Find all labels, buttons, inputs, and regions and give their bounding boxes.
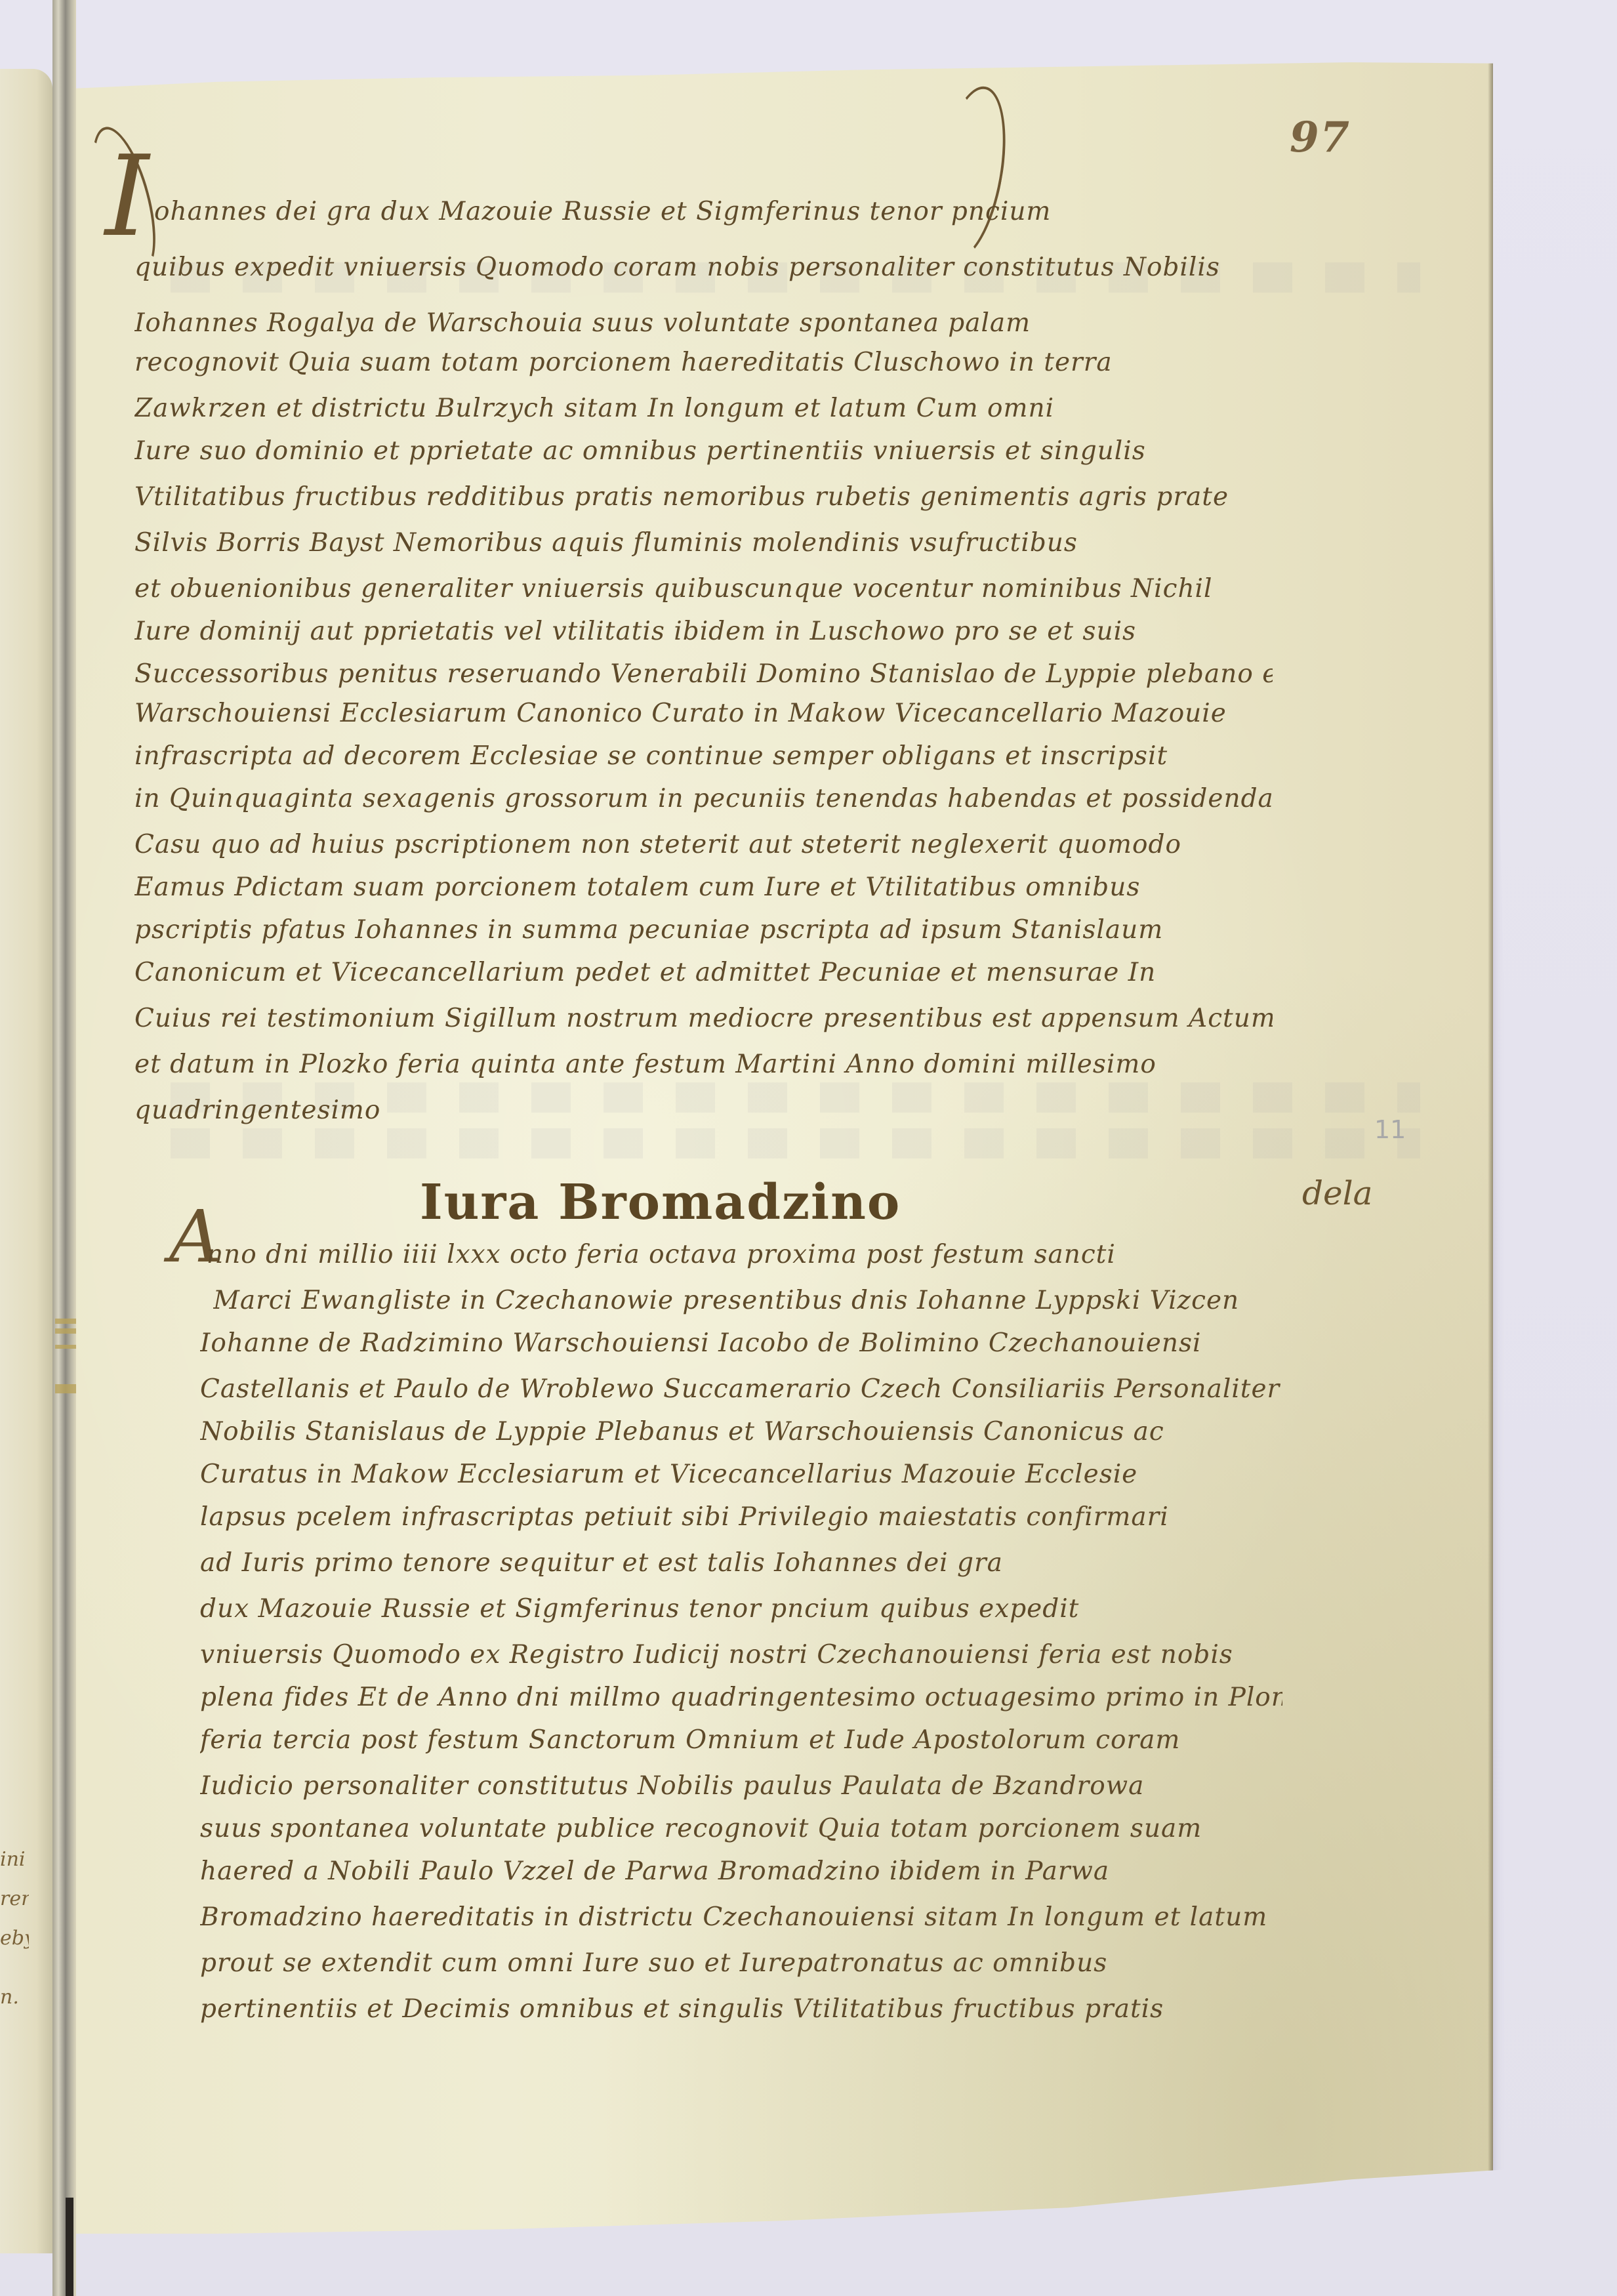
marginal-note: dela — [1302, 1174, 1372, 1212]
folio-number: 97 — [1290, 113, 1351, 162]
text-line: suus spontanea voluntate publice recogno… — [200, 1814, 1282, 1843]
text-line: et datum in Plozko feria quinta ante fes… — [134, 1050, 1273, 1079]
entry-2-heading: Iura Bromadzino — [420, 1174, 901, 1231]
text-line: prout se extendit cum omni Iure suo et I… — [200, 1948, 1282, 1978]
text-line: Marci Ewangliste in Czechanowie presenti… — [213, 1286, 1282, 1315]
text-line: Cuius rei testimonium Sigillum nostrum m… — [134, 1004, 1273, 1033]
text-line: Iure suo dominio et pprietate ac omnibus… — [134, 436, 1273, 466]
text-line: plena fides Et de Anno dni millmo quadri… — [200, 1683, 1282, 1712]
pencil-marginal-number: 11 — [1374, 1115, 1406, 1144]
text-line: et obuenionibus generaliter vniuersis qu… — [134, 574, 1273, 604]
text-line: Silvis Borris Bayst Nemoribus aquis flum… — [134, 528, 1273, 558]
left-facing-page: ini ren eby n. — [0, 69, 52, 2253]
entry-1-initial: I — [105, 141, 149, 253]
text-line: recognovit Quia suam totam porcionem hae… — [134, 348, 1273, 377]
text-line: Canonicum et Vicecancellarium pedet et a… — [134, 958, 1273, 987]
text-line: lapsus pcelem infrascriptas petiuit sibi… — [200, 1502, 1282, 1532]
text-line: Nobilis Stanislaus de Lyppie Plebanus et… — [200, 1417, 1282, 1446]
text-line: Warschouiensi Ecclesiarum Canonico Curat… — [134, 699, 1273, 728]
text-line: Zawkrzen et districtu Bulrzych sitam In … — [134, 394, 1273, 423]
left-margin-fragment: ren — [0, 1886, 29, 1912]
book-gutter — [52, 0, 76, 2296]
text-line: Eamus Pdictam suam porcionem totalem cum… — [134, 872, 1273, 902]
text-line: Iure dominij aut pprietatis vel vtilitat… — [134, 617, 1273, 646]
text-line: ad Iuris primo tenore sequitur et est ta… — [200, 1548, 1282, 1578]
gutter-shadow — [66, 2198, 73, 2296]
text-line: feria tercia post festum Sanctorum Omniu… — [200, 1725, 1282, 1755]
left-margin-fragment: ini — [0, 1847, 29, 1873]
text-line: Curatus in Makow Ecclesiarum et Vicecanc… — [200, 1460, 1282, 1489]
text-line: in Quinquaginta sexagenis grossorum in p… — [134, 784, 1273, 813]
text-line: haered a Nobili Paulo Vzzel de Parwa Bro… — [200, 1856, 1282, 1886]
text-line: Casu quo ad huius pscriptionem non stete… — [134, 830, 1273, 859]
text-line: ohannes dei gra dux Mazouie Russie et Si… — [154, 197, 1269, 226]
left-margin-fragment: n. — [0, 1984, 29, 2011]
ink-bleed — [171, 1128, 1420, 1158]
text-line: pscriptis pfatus Iohannes in summa pecun… — [134, 915, 1273, 945]
text-line: Bromadzino haereditatis in districtu Cze… — [200, 1902, 1282, 1932]
text-line: pertinentiis et Decimis omnibus et singu… — [200, 1994, 1282, 2024]
text-line: nno dni millio iiii lxxx octo feria octa… — [207, 1240, 1282, 1269]
text-line: Castellanis et Paulo de Wroblewo Succame… — [200, 1374, 1282, 1404]
text-line: dux Mazouie Russie et Sigmferinus tenor … — [200, 1594, 1282, 1624]
left-margin-fragment: eby — [0, 1925, 29, 1952]
text-line: quibus expedit vniuersis Quomodo coram n… — [134, 253, 1273, 282]
text-line: Successoribus penitus reseruando Venerab… — [134, 659, 1273, 689]
text-line: Iudicio personaliter constitutus Nobilis… — [200, 1771, 1282, 1801]
page-edge — [1488, 62, 1493, 2234]
text-line: infrascripta ad decorem Ecclesiae se con… — [134, 741, 1273, 771]
text-line: vniuersis Quomodo ex Registro Iudicij no… — [200, 1640, 1282, 1670]
text-line: Iohanne de Radzimino Warschouiensi Iacob… — [200, 1328, 1282, 1358]
text-line: quadringentesimo — [134, 1096, 397, 1125]
text-line: Vtilitatibus fructibus redditibus pratis… — [134, 482, 1273, 512]
text-line: Iohannes Rogalya de Warschouia suus volu… — [134, 308, 1273, 338]
